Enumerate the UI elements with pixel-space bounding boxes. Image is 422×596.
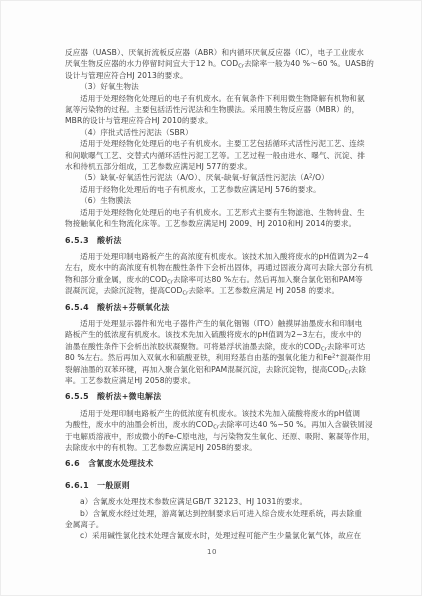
text-line: （4）序批式活性污泥法（SBR） <box>65 127 355 138</box>
text-line: （6）生物膜法 <box>65 195 355 206</box>
page-content: 反应器（UASB）、厌氧折流板反应器（ABR）和内循环厌氧反应器（IC），电子工… <box>65 47 355 542</box>
section-heading: 6.6 含氰废水处理技术 <box>65 458 355 469</box>
page-number: 10 <box>1 548 422 556</box>
text-line: c）采用碱性氯化技术处理含氰废水时，处理过程可能产生少量氯化氰气体，故应在 <box>65 530 355 541</box>
text-line: 水和待机五部分组成，工艺参数应满足HJ 577的要求。 <box>65 161 355 172</box>
text-line: 去除废水中的有机物。工艺参数应满足HJ 2058的要求。 <box>65 442 355 453</box>
document-page: 反应器（UASB）、厌氧折流板反应器（ABR）和内循环厌氧反应器（IC），电子工… <box>0 0 422 596</box>
text-line: MBR的设计与管理应符合HJ 2010的要求。 <box>65 115 355 126</box>
text-line: 适用于处理经物化处理后的电子有机废水。主要工艺包括循环式活性污泥工艺、连续 <box>65 138 355 149</box>
text-line: 油墨在酸性条件下会析出浓胶状凝聚物。可将悬浮状油墨去除，废水的CODCr去除率可… <box>65 341 355 352</box>
section-heading: 6.5.4 酸析法+芬顿氧化法 <box>65 302 355 313</box>
text-line: 路板产生的低浓度有机废水。该技术先加入硫酸将废水的pH值调为2~3左右，废水中的 <box>65 329 355 340</box>
text-line: 率。工艺参数应满足HJ 2058的要求。 <box>65 375 355 386</box>
text-line: 80 %左右。然后再加入双氧水和硫酸亚铁，利用羟基自由基的强氧化能力和Fe2+混… <box>65 352 355 363</box>
text-line: （5）缺氧-好氧活性污泥法（A/O）、厌氧-缺氧-好氧活性污泥法（A2/O） <box>65 172 355 183</box>
text-line: 适用于处理印制电路板产生的高浓度有机废水。该技术加入酸将废水的pH值调为2~4 <box>65 251 355 262</box>
text-line: 适用于处理经物化处理后的电子有机废水。在有氧条件下利用微生物降解有机物和氨 <box>65 93 355 104</box>
text-line: 适用于经物化处理后的电子有机废水，工艺参数应满足HJ 576的要求。 <box>65 184 355 195</box>
text-line: 为酸性，废水中的油墨会析出，废水的CODCr去除率可达40 %~50 %。再加入… <box>65 419 355 430</box>
text-line: b）含氰废水经过处理，游离氰达到控制要求后可进入综合废水处理系统，再去除重 <box>65 508 355 519</box>
text-line: 厌氧生物反应器的水力停留时间宜大于12 h。CODCr去除率一般为40 %～60… <box>65 58 355 69</box>
text-line: 于电解质溶液中，形成微小的Fe-C原电池，与污染物发生氧化、还原、吸附、絮凝等作… <box>65 431 355 442</box>
text-line: （3）好氧生物法 <box>65 81 355 92</box>
text-line: 裂解油墨的双苯环键，再加入聚合氯化铝和PAM混凝沉淀，去除沉淀物，提高CODCr… <box>65 364 355 375</box>
text-line: 氮等污染物的过程。主要包括活性污泥法和生物膜法。采用膜生物反应器（MBR）的， <box>65 104 355 115</box>
text-line: 反应器（UASB）、厌氧折流板反应器（ABR）和内循环厌氧反应器（IC），电子工… <box>65 47 355 58</box>
text-line: 物接触氧化和生物流化床等。工艺参数应满足HJ 2009、HJ 2010和HJ 2… <box>65 218 355 229</box>
text-line: a）含氰废水处理技术参数应满足GB/T 32123、HJ 1031的要求。 <box>65 496 355 507</box>
text-line: 混凝沉淀，去除沉淀物，提高CODCr去除率。工艺参数应满足 HJ 2058 的要… <box>65 285 355 296</box>
text-line: 和间歇曝气工艺、交替式内循环活性污泥工艺等。工艺过程一般由进水、曝气、沉淀、排 <box>65 150 355 161</box>
text-line: 适用于处理显示器件和光电子器件产生的氧化铟锡（ITO）触摸屏油墨废水和印制电 <box>65 318 355 329</box>
section-heading: 6.5.3 酸析法 <box>65 235 355 246</box>
text-line: 物和部分重金属，废水的CODCr去除率可达80 %左右。然后再加入聚合氯化铝和P… <box>65 274 355 285</box>
text-line: 左右，废水中的高浓度有机物在酸性条件下会析出固体，再通过固液分离可去除大部分有机 <box>65 262 355 273</box>
text-line: 适用于处理经物化处理后的电子有机废水。工艺形式主要有生物滤池、生物转盘、生 <box>65 207 355 218</box>
text-line: 金属离子。 <box>65 519 355 530</box>
section-heading: 6.5.5 酸析法+微电解法 <box>65 391 355 402</box>
text-line: 适用于处理印制电路板产生的低浓度有机废水。该技术先加入硫酸将废水的pH值调 <box>65 408 355 419</box>
text-line: 设计与管理应符合HJ 2013的要求。 <box>65 70 355 81</box>
section-heading: 6.6.1 一般原则 <box>65 480 355 491</box>
